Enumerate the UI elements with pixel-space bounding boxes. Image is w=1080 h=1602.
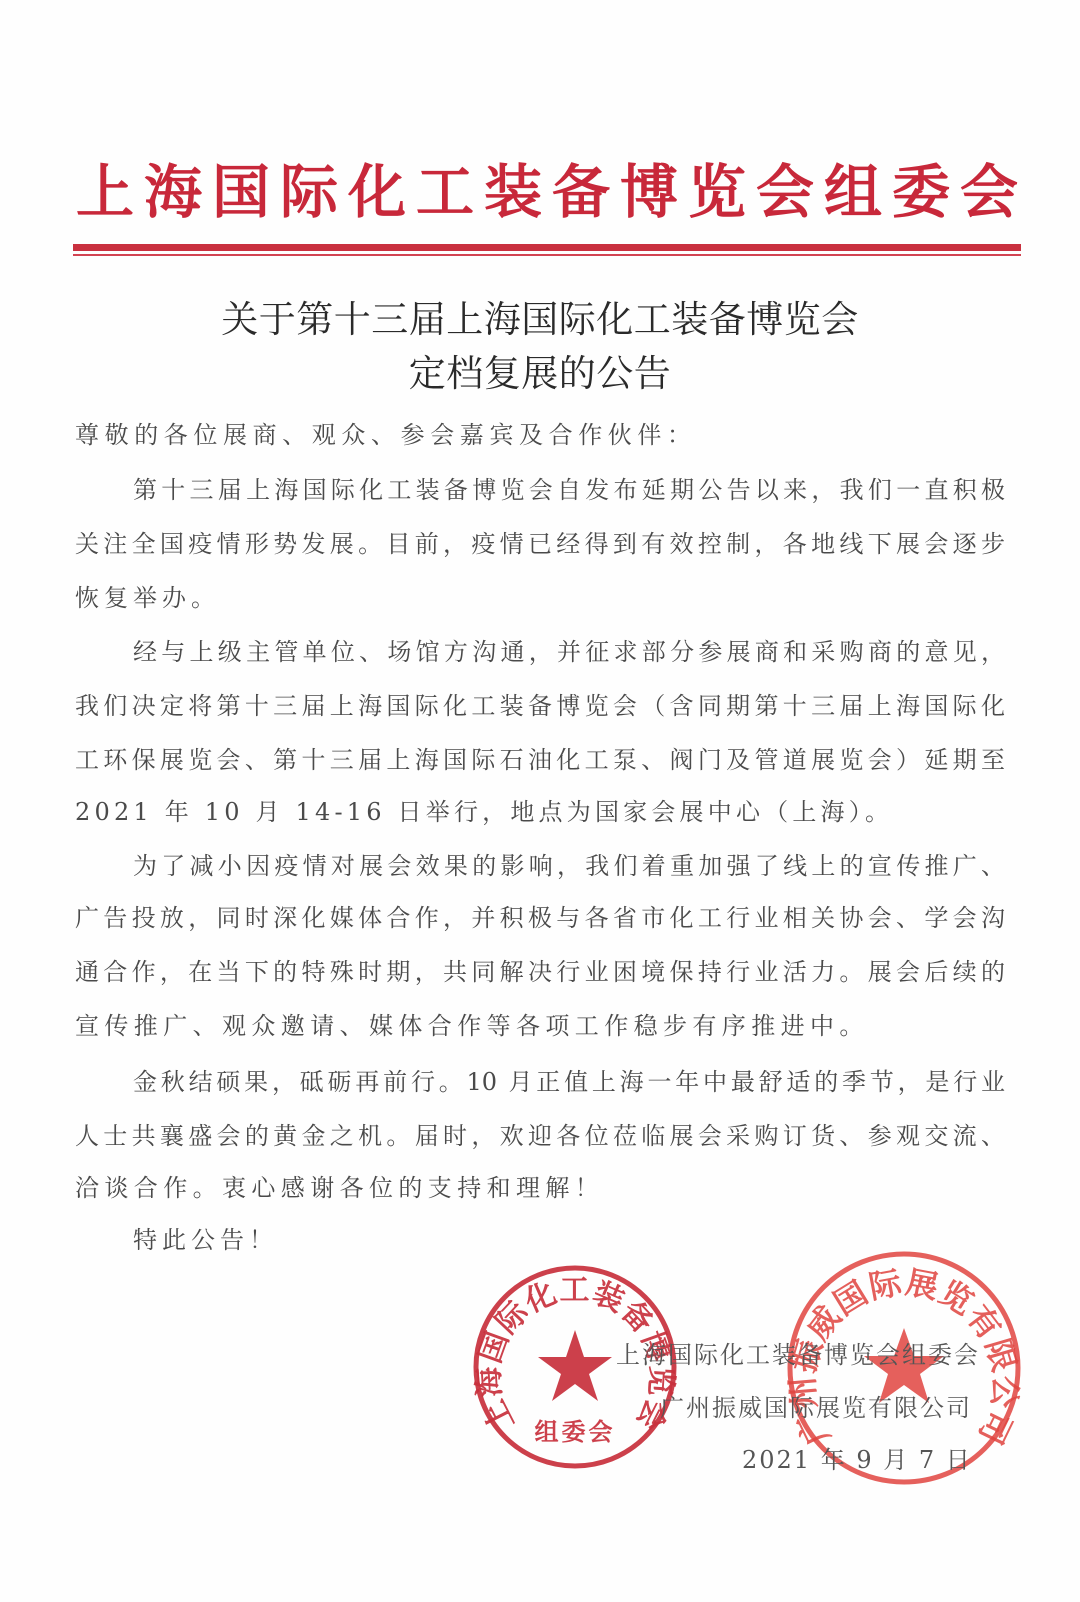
letterhead-char: 委 — [888, 152, 954, 232]
paragraph-2-line-3: 工环保展览会、第十三届上海国际石油化工泵、阀门及管道展览会）延期至 — [75, 740, 1005, 780]
letterhead-char: 装 — [480, 152, 546, 232]
paragraph-2-line-1: 经与上级主管单位、场馆方沟通，并征求部分参展商和采购商的意见， — [133, 632, 1005, 672]
document-title-line1: 关于第十三届上海国际化工装备博览会 — [0, 296, 1080, 344]
letterhead-char: 会 — [752, 152, 818, 232]
paragraph-4-line-3: 洽谈合作。衷心感谢各位的支持和理解！ — [75, 1168, 604, 1208]
salutation: 尊敬的各位展商、观众、参会嘉宾及合作伙伴： — [75, 415, 697, 455]
document-title-line2: 定档复展的公告 — [0, 350, 1080, 398]
paragraph-2-line-4: 2021 年 10 月 14-16 日举行，地点为国家会展中心（上海）。 — [75, 792, 893, 832]
signature-organizing-committee: 上海国际化工装备博览会组委会 — [616, 1335, 980, 1375]
paragraph-3-line-1: 为了减小因疫情对展会效果的影响，我们着重加强了线上的宣传推广、 — [133, 846, 1005, 886]
letterhead-char: 博 — [616, 152, 682, 232]
letterhead-char: 际 — [276, 152, 342, 232]
letterhead-organization: 上 海 国 际 化 工 装 备 博 览 会 组 委 会 — [72, 152, 1022, 232]
letterhead-char: 组 — [820, 152, 886, 232]
paragraph-3-line-3: 通合作，在当下的特殊时期，共同解决行业困境保持行业活力。展会后续的 — [75, 952, 1005, 992]
paragraph-5-closing: 特此公告！ — [133, 1220, 278, 1260]
star-icon — [538, 1330, 612, 1401]
letterhead-char: 国 — [208, 152, 274, 232]
paragraph-1-line-2: 关注全国疫情形势发展。目前，疫情已经得到有效控制，各地线下展会逐步 — [75, 524, 1005, 564]
letterhead-divider-thick — [73, 244, 1021, 251]
paragraph-1-line-1: 第十三届上海国际化工装备博览会自发布延期公告以来，我们一直积极 — [133, 470, 1005, 510]
letterhead-char: 会 — [956, 152, 1022, 232]
paragraph-3-line-4: 宣传推广、观众邀请、媒体合作等各项工作稳步有序推进中。 — [75, 1006, 869, 1046]
paragraph-1-line-3: 恢复举办。 — [75, 578, 220, 618]
seal1-bottom-text: 组委会 — [535, 1417, 616, 1446]
letterhead-char: 备 — [548, 152, 614, 232]
paragraph-4-line-1: 金秋结硕果，砥砺再前行。10 月正值上海一年中最舒适的季节，是行业 — [133, 1062, 1005, 1102]
letterhead-char: 览 — [684, 152, 750, 232]
letterhead-char: 海 — [140, 152, 206, 232]
letterhead-divider-thin — [73, 254, 1021, 256]
paragraph-4-line-2: 人士共襄盛会的黄金之机。届时，欢迎各位莅临展会采购订货、参观交流、 — [75, 1116, 1005, 1156]
letterhead-char: 上 — [72, 152, 138, 232]
letterhead-char: 工 — [412, 152, 478, 232]
signature-date: 2021 年 9 月 7 日 — [742, 1440, 972, 1480]
paragraph-2-line-2: 我们决定将第十三届上海国际化工装备博览会（含同期第十三届上海国际化 — [75, 686, 1005, 726]
paragraph-3-line-2: 广告投放，同时深化媒体合作，并积极与各省市化工行业相关协会、学会沟 — [75, 898, 1005, 938]
announcement-page: 上 海 国 际 化 工 装 备 博 览 会 组 委 会 关于第十三届上海国际化工… — [0, 0, 1080, 1602]
signature-company: 广州振威国际展览有限公司 — [660, 1388, 972, 1428]
letterhead-char: 化 — [344, 152, 410, 232]
